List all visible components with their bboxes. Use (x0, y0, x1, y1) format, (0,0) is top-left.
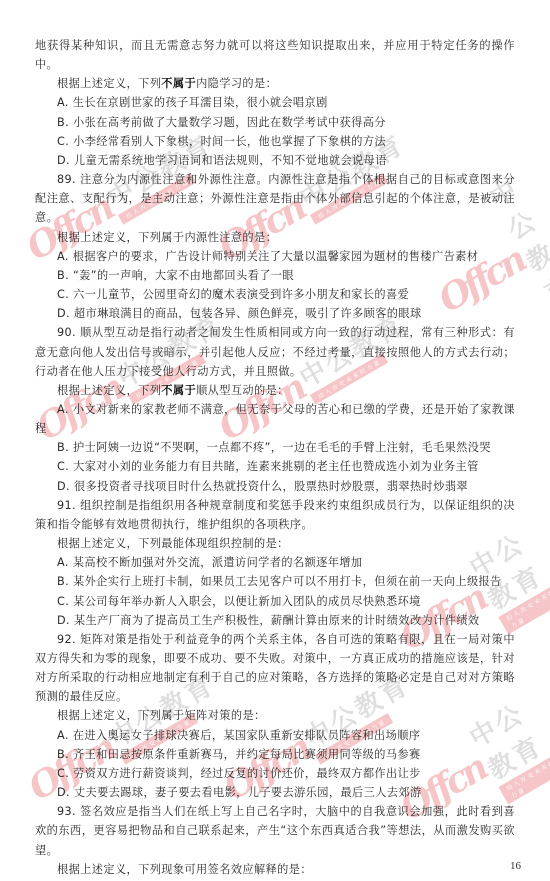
answer-option: C. 小李经常看别人下象棋，时间一长，他也掌握了下象棋的方法 (35, 132, 515, 151)
answer-option: B. 小张在高考前做了大量数学习题，因此在数学考试中获得高分 (35, 113, 515, 132)
page-number: 16 (510, 860, 521, 872)
answer-option: D. 儿童无需系统地学习语词和语法规则，不知不觉地就会说母语 (35, 151, 515, 170)
question-prompt: 根据上述定义，下列最能体现组织控制的是： (35, 534, 515, 553)
question-prompt: 根据上述定义，下列属于矩阵对策的是： (35, 706, 515, 725)
document-body: 地获得某种知识，而且无需意志努力就可以将这些知识提取出来，并应用于特定任务的操作… (35, 36, 515, 879)
answer-option: A. 在进入奥运女子排球决赛后，某国家队重新安排队员阵容和出场顺序 (35, 726, 515, 745)
answer-option: B. 齐王和田忌按原条件重新赛马，并约定每局比赛须用同等级的马参赛 (35, 745, 515, 764)
emphasis: 不属于 (161, 384, 196, 397)
question-prompt: 根据上述定义，下列不属于内隐学习的是： (35, 74, 515, 93)
question-90: 90. 顺从型互动是指行动者之间发生性质相同或方向一致的行动过程，常有三种形式：… (35, 323, 515, 380)
answer-option: A. 小文对新来的家教老师不满意，但无奈于父母的苦心和已缴的学费，还是开始了家教… (35, 400, 515, 438)
answer-option: D. 某生产厂商为了提高员工生产积极性，薪酬计算由原来的计时绩效改为计件绩效 (35, 611, 515, 630)
question-92: 92. 矩阵对策是指处于利益竞争的两个关系主体，各自可选的策略有限，且在一局对策… (35, 630, 515, 707)
answer-option: A. 生长在京剧世家的孩子耳濡目染，很小就会唱京剧 (35, 93, 515, 112)
answer-option: D. 很多投资者寻找项目时什么热就投资什么，股票热时炒股票，翡翠热时炒翡翠 (35, 477, 515, 496)
answer-option: C. 某公司每年举办新人入职会，以便让新加入团队的成员尽快熟悉环境 (35, 592, 515, 611)
answer-option: D. 超市琳琅满目的商品，包装各异、颜色鲜亮，吸引了许多顾客的眼球 (35, 304, 515, 323)
question-91: 91. 组织控制是指组织用各种规章制度和奖惩手段来约束组织成员行为，以保证组织的… (35, 496, 515, 534)
answer-option: C. 六一儿童节，公园里奇幻的魔术表演受到许多小朋友和家长的喜爱 (35, 285, 515, 304)
document-page: Offcn 中公教育给人改变未来的力量 Offcn 中公教育给人改变未来的力量 … (0, 0, 550, 881)
answer-option: B. 护士阿姨一边说“不哭啊，一点都不疼”，一边在毛毛的手臂上注射，毛毛果然没哭 (35, 438, 515, 457)
answer-option: C. 劳资双方进行薪资谈判，经过反复的讨价还价，最终双方都作出让步 (35, 764, 515, 783)
question-prompt: 根据上述定义，下列属于内源性注意的是： (35, 228, 515, 247)
emphasis: 不属于 (161, 77, 196, 90)
question-89: 89. 注意分为内源性注意和外源性注意。内源性注意是指个体根据自己的目标或意图来… (35, 170, 515, 227)
question-prompt: 根据上述定义，下列现象可用签名效应解释的是： (35, 860, 515, 879)
answer-option: A. 根据客户的要求，广告设计师特别关注了大量以温馨家园为题材的售楼广告素材 (35, 247, 515, 266)
question-prompt: 根据上述定义，下列不属于顺从型互动的是： (35, 381, 515, 400)
answer-option: C. 大家对小刘的业务能力有目共睹，连素来挑剔的老主任也赞成选小刘为业务主管 (35, 457, 515, 476)
question-93: 93. 签名效应是指当人们在纸上写上自己名字时，大脑中的自我意识会加强，此时看到… (35, 802, 515, 859)
answer-option: B. 某外企实行上班打卡制，如果员工去见客户可以不用打卡，但须在前一天向上级报告 (35, 572, 515, 591)
answer-option: D. 丈夫要去踢球，妻子要去看电影，儿子要去游乐园，最后三人去郊游 (35, 783, 515, 802)
answer-option: A. 某高校不断加强对外交流，派遣访问学者的名额逐年增加 (35, 553, 515, 572)
answer-option: B. “轰”的一声响，大家不由地都回头看了一眼 (35, 266, 515, 285)
paragraph-continuation: 地获得某种知识，而且无需意志努力就可以将这些知识提取出来，并应用于特定任务的操作… (35, 36, 515, 74)
